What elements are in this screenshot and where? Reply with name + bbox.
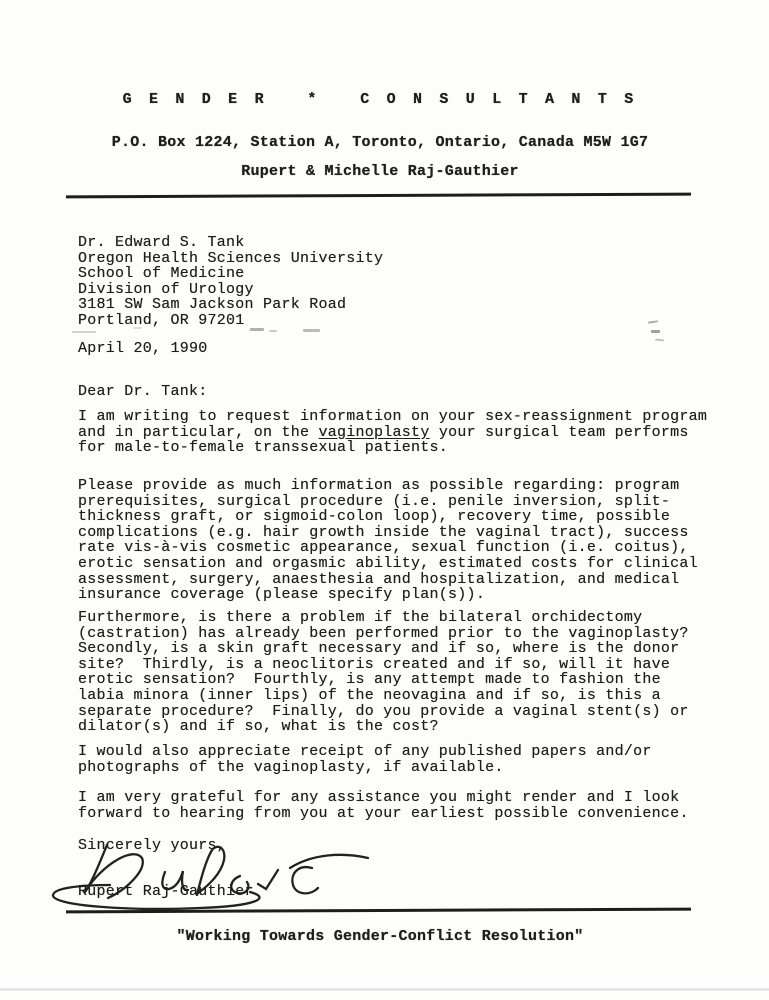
paragraph-2: Please provide as much information as po…: [78, 478, 698, 603]
salutation: Dear Dr. Tank:: [78, 384, 208, 400]
body-line: forward to hearing from you at your earl…: [78, 806, 689, 822]
address-line: 3181 SW Sam Jackson Park Road: [78, 297, 383, 313]
scan-smudge: [133, 327, 142, 329]
footer-tagline: "Working Towards Gender-Conflict Resolut…: [176, 928, 583, 945]
underlined-term: vaginoplasty: [319, 424, 430, 441]
paragraph-3: Furthermore, is there a problem if the b…: [78, 610, 689, 735]
footer-tagline-wrap: "Working Towards Gender-Conflict Resolut…: [30, 927, 730, 945]
body-line: (castration) has already been performed …: [78, 626, 689, 642]
closing-line: Sincerely yours,: [78, 838, 226, 854]
letterhead-contacts: Rupert & Michelle Raj-Gauthier: [30, 162, 730, 180]
body-line: I am very grateful for any assistance yo…: [78, 790, 689, 806]
letterhead-address-text: P.O. Box 1224, Station A, Toronto, Ontar…: [112, 134, 649, 151]
letterhead-divider-rule: [66, 193, 691, 199]
body-line: Furthermore, is there a problem if the b…: [78, 610, 689, 626]
date-line: April 20, 1990: [78, 341, 208, 357]
letter-page: G E N D E R * C O N S U L T A N T S P.O.…: [0, 0, 769, 1000]
signature-typed-name: Rupert Raj-Gauthier: [78, 884, 254, 900]
body-line: insurance coverage (please specify plan(…: [78, 587, 698, 603]
body-line: assessment, surgery, anaesthesia and hos…: [78, 572, 698, 588]
letterhead-contacts-text: Rupert & Michelle Raj-Gauthier: [241, 163, 519, 180]
body-line: dilator(s) and if so, what is the cost?: [78, 719, 689, 735]
scan-smudge: [303, 329, 320, 332]
scan-smudge: [655, 339, 664, 342]
address-line: Division of Urology: [78, 282, 383, 298]
paragraph-1: I am writing to request information on y…: [78, 409, 707, 456]
body-line: rate vis-à-vis cosmetic appearance, sexu…: [78, 540, 698, 556]
paragraph-4: I would also appreciate receipt of any p…: [78, 744, 652, 775]
body-line: I would also appreciate receipt of any p…: [78, 744, 652, 760]
body-line: site? Thirdly, is a neoclitoris created …: [78, 657, 689, 673]
scan-smudge: [269, 330, 277, 332]
org-name-text: G E N D E R * C O N S U L T A N T S: [123, 91, 638, 108]
recipient-address-block: Dr. Edward S. TankOregon Health Sciences…: [78, 235, 383, 329]
address-line: Portland, OR 97201: [78, 313, 383, 329]
body-line: photographs of the vaginoplasty, if avai…: [78, 760, 652, 776]
address-line: Dr. Edward S. Tank: [78, 235, 383, 251]
body-line: prerequisites, surgical procedure (i.e. …: [78, 494, 698, 510]
footer-divider-rule: [66, 908, 691, 914]
address-line: School of Medicine: [78, 266, 383, 282]
body-line: for male-to-female transsexual patients.: [78, 440, 707, 456]
body-line: Please provide as much information as po…: [78, 478, 698, 494]
body-line: erotic sensation and orgasmic ability, e…: [78, 556, 698, 572]
paragraph-5: I am very grateful for any assistance yo…: [78, 790, 689, 821]
scan-smudge: [651, 330, 660, 333]
body-line: and in particular, on the vaginoplasty y…: [78, 425, 707, 441]
scan-smudge: [250, 328, 264, 331]
body-line: erotic sensation? Fourthly, is any attem…: [78, 672, 689, 688]
scan-smudge: [648, 320, 658, 323]
body-line: separate procedure? Finally, do you prov…: [78, 704, 689, 720]
letterhead-org-name: G E N D E R * C O N S U L T A N T S: [30, 90, 730, 108]
scan-edge-artifact: [0, 988, 769, 991]
scan-smudge: [72, 331, 96, 333]
address-line: Oregon Health Sciences University: [78, 251, 383, 267]
body-line: labia minora (inner lips) of the neovagi…: [78, 688, 689, 704]
body-line: Secondly, is a skin graft necessary and …: [78, 641, 689, 657]
letterhead-address: P.O. Box 1224, Station A, Toronto, Ontar…: [30, 133, 730, 151]
body-line: complications (e.g. hair growth inside t…: [78, 525, 698, 541]
body-line: thickness graft, or sigmoid-colon loop),…: [78, 509, 698, 525]
body-line: I am writing to request information on y…: [78, 409, 707, 425]
